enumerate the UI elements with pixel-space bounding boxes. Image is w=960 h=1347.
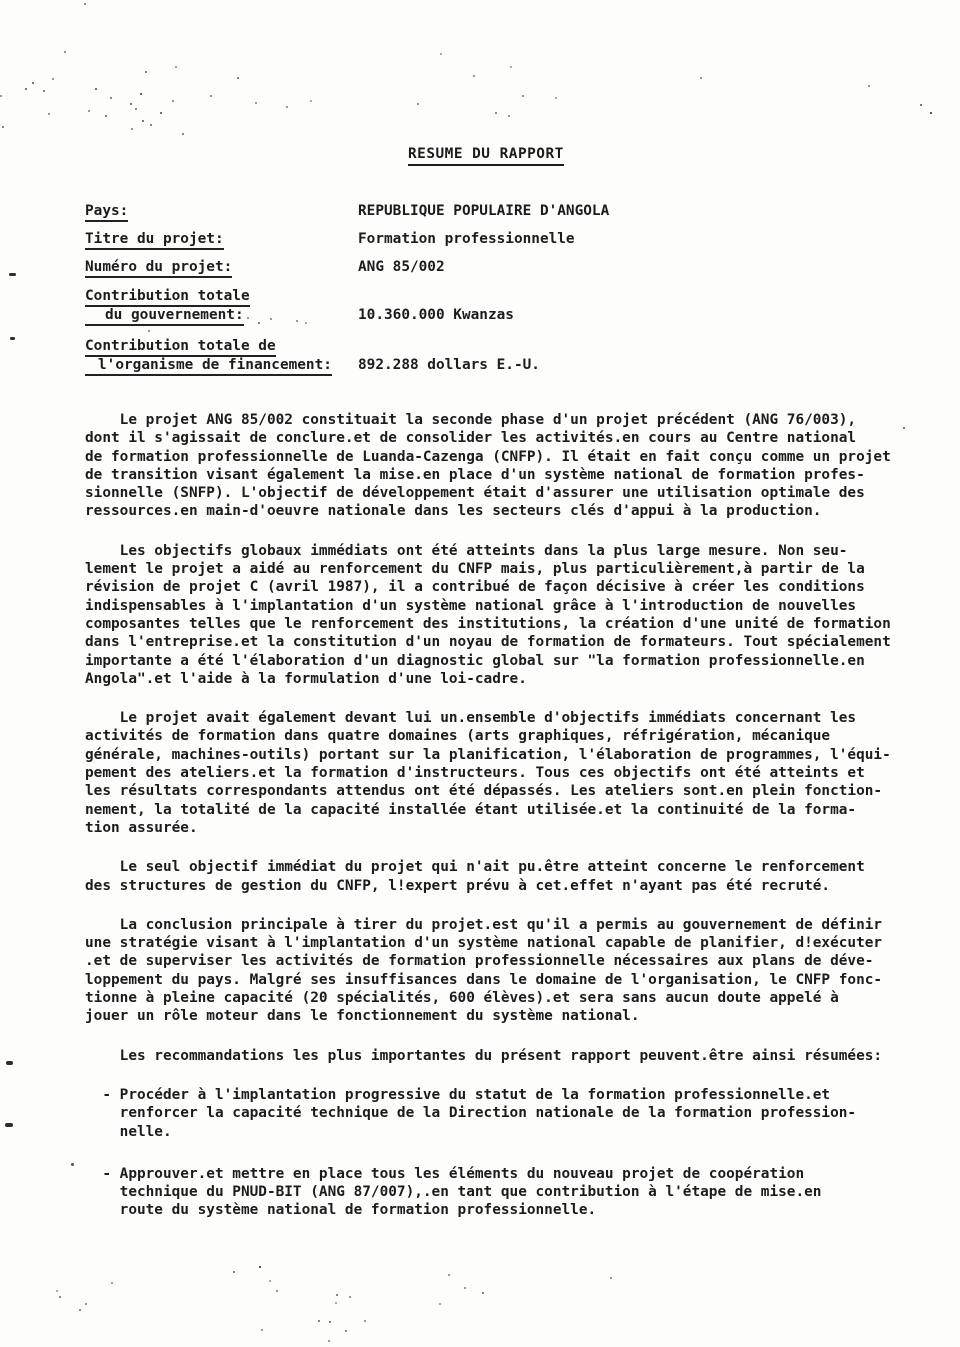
document-title: RESUME DU RAPPORT <box>408 145 564 163</box>
field-value: ANG 85/002 <box>358 258 445 277</box>
field-label-line2: l'organisme de financement: <box>85 357 332 376</box>
field-value: REPUBLIQUE POPULAIRE D'ANGOLA <box>358 202 609 221</box>
field-label: Numéro du projet: <box>85 259 232 278</box>
field-value: Formation professionnelle <box>358 230 575 249</box>
field-label: Contribution totale de <box>85 338 276 357</box>
scanned-document-page: RESUME DU RAPPORT Pays: REPUBLIQUE POPUL… <box>0 0 960 1347</box>
margin-mark <box>6 1061 13 1065</box>
report-summary-body: Le projet ANG 85/002 constituait la seco… <box>85 411 891 1220</box>
field-row-pays: Pays: REPUBLIQUE POPULAIRE D'ANGOLA <box>85 202 128 221</box>
recommendation-item: - Procéder à l'implantation progressive … <box>85 1086 891 1141</box>
margin-mark <box>9 273 16 276</box>
field-label: Contribution totale <box>85 288 250 307</box>
field-label: Titre du projet: <box>85 231 224 250</box>
paragraph-recommendations-intro: Les recommandations les plus importantes… <box>85 1047 891 1065</box>
field-label-line2: du gouvernement: <box>85 307 244 326</box>
document-title-text: RESUME DU RAPPORT <box>408 146 564 166</box>
field-value: 892.288 dollars E.-U. <box>358 356 540 375</box>
recommendation-item: - Approuver.et mettre en place tous les … <box>85 1165 891 1220</box>
field-label: Pays: <box>85 203 128 222</box>
field-row-contribution-gouvernement: Contribution totale du gouvernement: 10.… <box>85 287 250 325</box>
margin-mark <box>71 1163 74 1166</box>
scan-noise-speckles <box>0 0 2 2</box>
paragraph-project-context: Le projet ANG 85/002 constituait la seco… <box>85 411 891 521</box>
paragraph-unmet-objective: Le seul objectif immédiat du projet qui … <box>85 858 891 895</box>
field-row-numero: Numéro du projet: ANG 85/002 <box>85 258 232 277</box>
paragraph-global-objectives: Les objectifs globaux immédiats ont été … <box>85 542 891 688</box>
paragraph-main-conclusion: La conclusion principale à tirer du proj… <box>85 916 891 1026</box>
margin-mark <box>5 1123 13 1127</box>
paragraph-immediate-objectives: Le projet avait également devant lui un.… <box>85 709 891 837</box>
margin-mark <box>10 337 15 340</box>
field-row-titre: Titre du projet: Formation professionnel… <box>85 230 224 249</box>
field-value: 10.360.000 Kwanzas <box>358 306 514 325</box>
field-row-contribution-financement: Contribution totale de l'organisme de fi… <box>85 337 332 375</box>
